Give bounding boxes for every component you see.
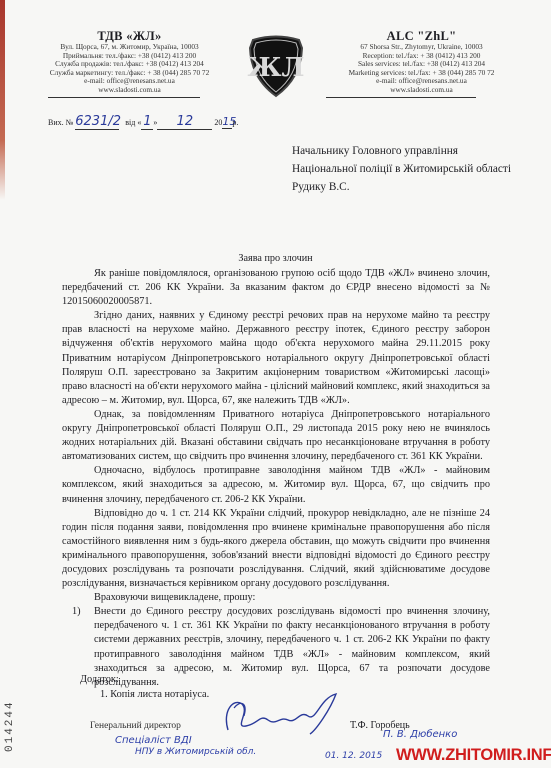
- attachment-item: 1. Копія листа нотаріуса.: [80, 687, 209, 702]
- shield-monogram-icon: ЖЛ: [247, 34, 305, 98]
- date-month: 12: [157, 114, 212, 130]
- signatory-position: Генеральний директор: [90, 721, 181, 731]
- year-prefix: 20: [214, 118, 222, 127]
- resolution-date: 01. 12. 2015: [325, 751, 382, 761]
- document-page: ТДВ «ЖЛ» Вул. Щорса, 67, м. Житомир, Укр…: [0, 0, 551, 768]
- website-line: www.sladosti.com.ua: [314, 86, 529, 95]
- date-from-label: від «: [125, 118, 141, 127]
- letterhead-divider-right: [326, 97, 476, 98]
- date-day: 1: [141, 114, 153, 130]
- document-body: Як раніше повідомлялося, організованою г…: [62, 267, 490, 690]
- site-watermark: WWW.ZHITOMIR.INFO: [396, 746, 551, 765]
- document-title: Заява про злочин: [0, 253, 551, 264]
- letterhead-ukrainian: ТДВ «ЖЛ» Вул. Щорса, 67, м. Житомир, Укр…: [22, 29, 237, 95]
- company-name-en: ALC "ZhL": [314, 29, 529, 43]
- letterhead-english: ALC "ZhL" 67 Shorsa Str., Zhytomyr, Ukra…: [314, 29, 529, 95]
- paragraph: Однак, за повідомленням Приватного нотар…: [62, 408, 490, 464]
- website-line: www.sladosti.com.ua: [22, 86, 237, 95]
- paragraph: Як раніше повідомлялося, організованою г…: [62, 267, 490, 309]
- resolution-line: Спеціаліст ВДІ: [115, 735, 192, 746]
- paragraph: Одночасно, відбулось протиправне заволод…: [62, 464, 490, 506]
- registration-number: 014244: [4, 700, 16, 752]
- paragraph: Згідно даних, наявних у Єдиному реєстрі …: [62, 309, 490, 408]
- plea-line: Враховуючи вищевикладене, прошу:: [62, 591, 490, 605]
- outgoing-number-line: Вих. № 6231/2 від «1»12 2015р.: [48, 114, 238, 130]
- attachments-label: Додаток:: [80, 672, 209, 687]
- outgoing-number: 6231/2: [75, 114, 119, 130]
- recipient-line: Начальнику Головного управління: [292, 142, 511, 160]
- year-unit: р.: [232, 118, 238, 127]
- outgoing-prefix: Вих. №: [48, 118, 73, 127]
- recipient-line: Національної поліції в Житомирській обла…: [292, 160, 511, 178]
- letterhead-divider-left: [48, 97, 200, 98]
- resolution-line: НПУ в Житомирській обл.: [135, 747, 256, 757]
- handwritten-signature: [220, 690, 340, 740]
- attachments-block: Додаток: 1. Копія листа нотаріуса.: [80, 672, 209, 702]
- request-number: 1): [72, 605, 81, 619]
- resolution-initials: П. В. Дюбенко: [383, 729, 457, 740]
- recipient-line: Рудику В.С.: [292, 178, 511, 196]
- paragraph: Відповідно до ч. 1 ст. 214 КК України сл…: [62, 507, 490, 592]
- recipient-block: Начальнику Головного управління Націонал…: [292, 142, 511, 196]
- company-name-ua: ТДВ «ЖЛ»: [22, 29, 237, 43]
- year-suffix: 15: [222, 115, 232, 129]
- svg-text:ЖЛ: ЖЛ: [247, 53, 304, 83]
